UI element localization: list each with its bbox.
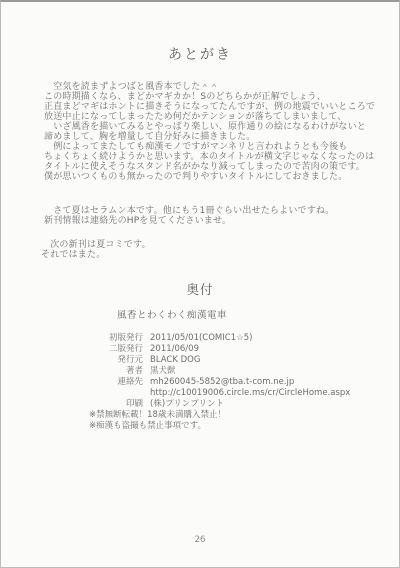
text-line: ちょくちょく続けようかと思います。本のタイトルが横文字じゃなくなったのは xyxy=(44,152,399,162)
afterword-paragraph-2: さて夏はセラムン本です。他にもう1冊ぐらい出せたらよいですね。 新刊情報は連絡先… xyxy=(44,206,399,226)
text-line: それではまた。 xyxy=(41,250,399,260)
text-line: 空気を読まずよつばと風香本でした＾＾ xyxy=(44,82,399,92)
row-value: 2011/06/09 xyxy=(150,344,199,355)
colophon-rows: 初版発行 2011/05/01(COMIC1☆5) 二版発行 2011/06/0… xyxy=(1,333,399,410)
afterword-heading: あとがき xyxy=(1,44,399,64)
row-label: 初版発行 xyxy=(1,333,143,344)
row-label: 発行元 xyxy=(1,355,143,366)
row-label: 連絡先 xyxy=(1,377,143,388)
row-value: http://c10019006.circle.ms/cr/CircleHome… xyxy=(150,388,350,399)
page-number: 26 xyxy=(1,535,399,545)
text-line: 例によってまたしても痴漢モノですがマンネリと言われようとも今後も xyxy=(44,142,399,152)
row-value: BLACK DOG xyxy=(150,355,200,366)
text-line: 新刊情報は連絡先のHPを見てくださいませ。 xyxy=(44,216,399,226)
colophon-heading: 奥付 xyxy=(1,280,399,298)
text-line: 次の新刊は夏コミです。 xyxy=(41,240,399,250)
text-line: 諦めまして、胸を増量して自分好みに描きました。 xyxy=(44,132,399,142)
text-line: 僕が思いつくものも無かったので判りやすいタイトルにしておきました。 xyxy=(44,172,399,182)
afterword-paragraph-3: 次の新刊は夏コミです。 それではまた。 xyxy=(41,240,399,260)
row-value: mh260045-5852@tba.t-com.ne.jp xyxy=(150,377,294,388)
afterword-paragraph-1: 空気を読まずよつばと風香本でした＾＾ この時期描くなら、まどかマギカか！Sのどち… xyxy=(44,82,399,182)
text-line: タイトルに使えそうなスタンド名がかなり減ってしまったので苦肉の策です。 xyxy=(44,162,399,172)
row-label: 二版発行 xyxy=(1,344,143,355)
colophon-notes: ※禁無断転載！18歳未満購入禁止！ ※痴漢も盗撮も禁止事項です。 xyxy=(89,410,399,432)
text-line: さて夏はセラムン本です。他にもう1冊ぐらい出せたらよいですね。 xyxy=(44,206,399,216)
row-value: 2011/05/01(COMIC1☆5) xyxy=(150,333,252,344)
row-value: 黒犬獣 xyxy=(150,366,176,377)
colophon-row-first-edition: 初版発行 2011/05/01(COMIC1☆5) xyxy=(1,333,399,344)
row-label: 著者 xyxy=(1,366,143,377)
book-title: 風香とわくわく痴漢電車 xyxy=(117,307,399,321)
colophon-row-publisher: 発行元 BLACK DOG xyxy=(1,355,399,366)
colophon-row-second-edition: 二版発行 2011/06/09 xyxy=(1,344,399,355)
scanned-page: あとがき 空気を読まずよつばと風香本でした＾＾ この時期描くなら、まどかマギカか… xyxy=(0,0,400,568)
colophon-row-contact-email: 連絡先 mh260045-5852@tba.t-com.ne.jp xyxy=(1,377,399,388)
text-line: 放送中止になってしまったため何だかテンションが落ちてしまいまして、 xyxy=(44,112,399,122)
colophon-row-printer: 印刷 (株)プリンプリント xyxy=(1,399,399,410)
text-line: この時期描くなら、まどかマギカか！Sのどちらかが正解でしょう、 xyxy=(44,92,399,102)
text-line: いざ風香を描いてみるとやっぱり楽しい、原作通りの絵になるわけがないと xyxy=(44,122,399,132)
colophon-row-contact-url: http://c10019006.circle.ms/cr/CircleHome… xyxy=(1,388,399,399)
row-label: 印刷 xyxy=(1,399,143,410)
row-label xyxy=(1,388,143,399)
note-no-reproduction: ※禁無断転載！18歳未満購入禁止！ xyxy=(89,410,399,421)
note-disclaimer: ※痴漢も盗撮も禁止事項です。 xyxy=(89,421,399,432)
text-line: 正直まどマギはホントに描きそうになってたんですが、例の地震でいいところで xyxy=(44,102,399,112)
row-value: (株)プリンプリント xyxy=(150,399,224,410)
colophon-row-author: 著者 黒犬獣 xyxy=(1,366,399,377)
